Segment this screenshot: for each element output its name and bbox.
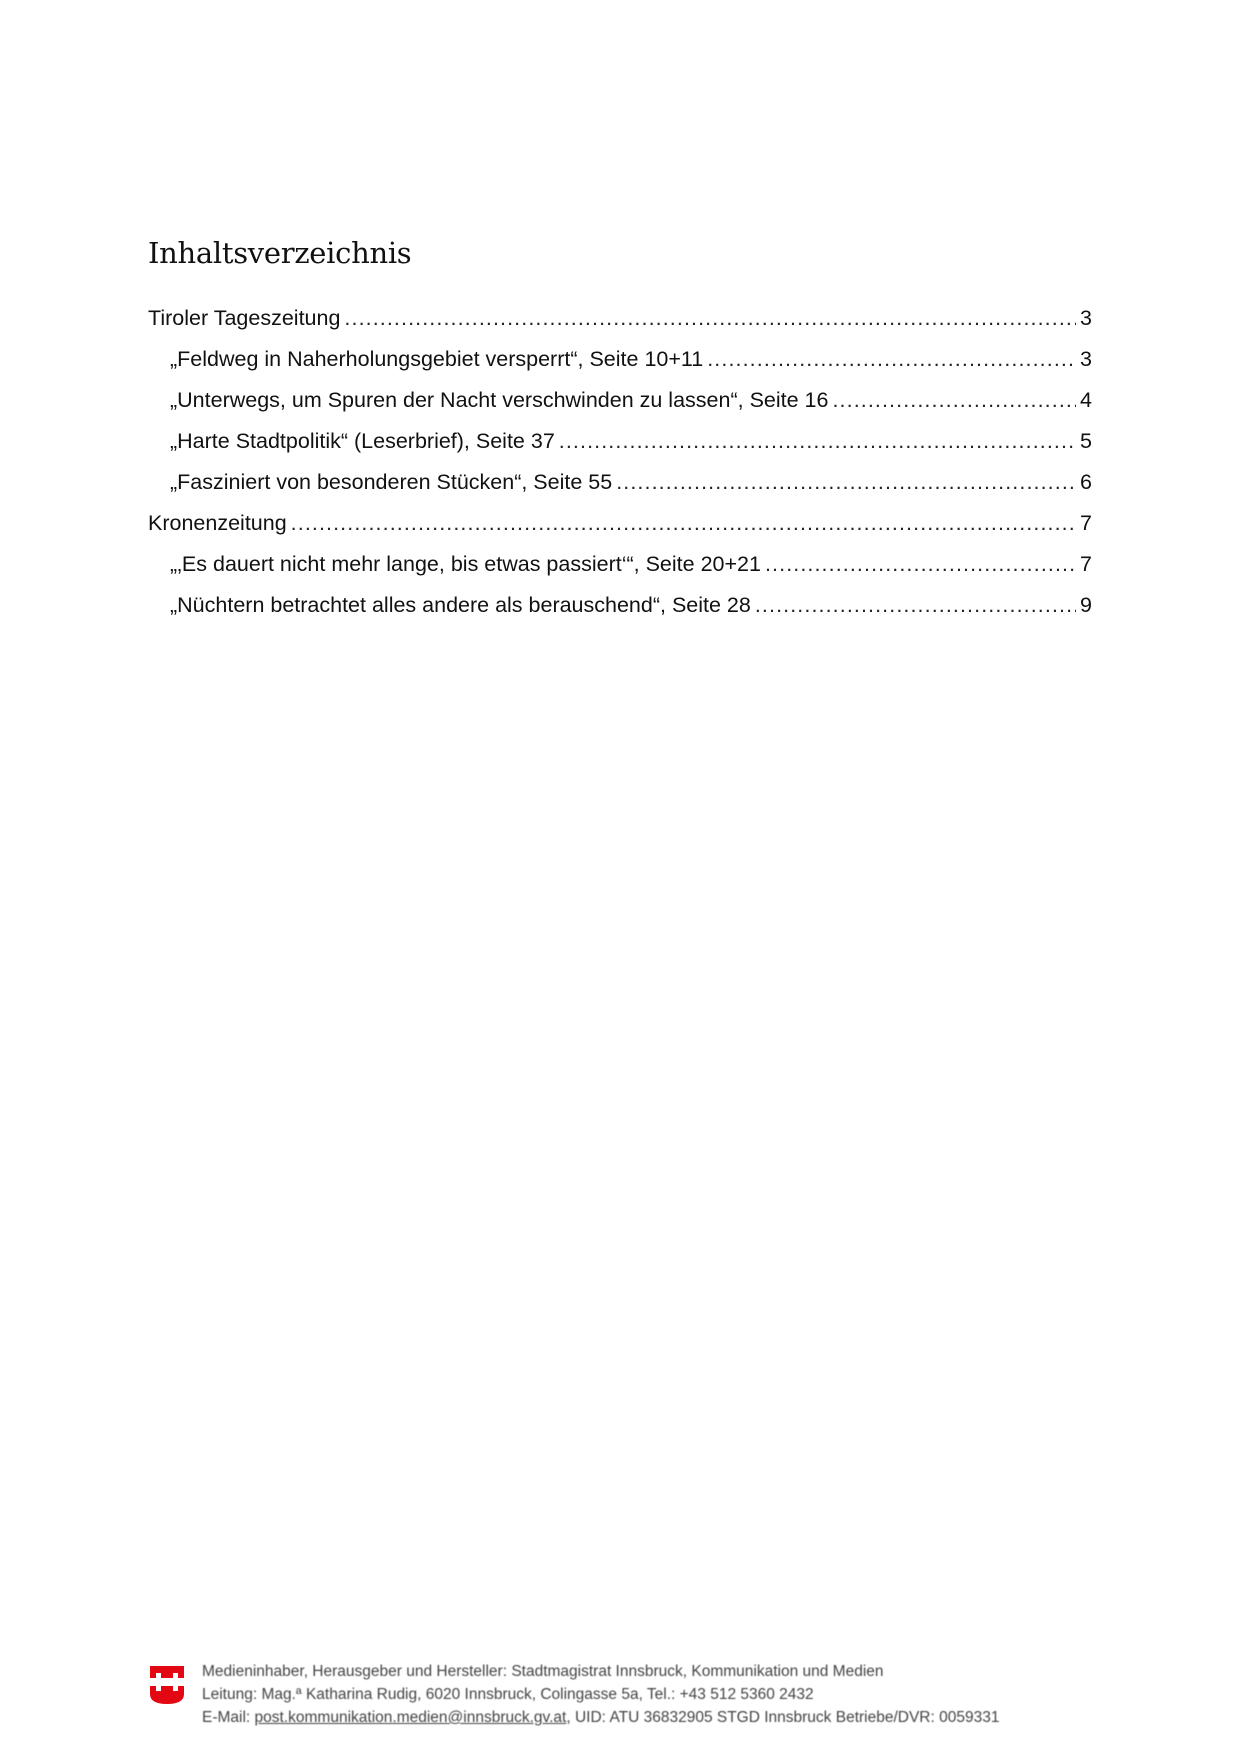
toc-article-entry[interactable]: „Fasziniert von besonderen Stücken“, Sei… (148, 470, 1092, 511)
toc-article-entry[interactable]: „Nüchtern betrachtet alles andere als be… (148, 593, 1092, 634)
dot-leader (344, 306, 1076, 331)
toc-section-entry[interactable]: Kronenzeitung7 (148, 511, 1092, 552)
toc-article-entry[interactable]: „‚Es dauert nicht mehr lange, bis etwas … (148, 552, 1092, 593)
toc-entry-page-number: 5 (1080, 429, 1092, 454)
dot-leader (559, 429, 1076, 454)
toc-entry-page-number: 9 (1080, 593, 1092, 618)
email-link[interactable]: post.kommunikation.medien@innsbruck.gv.a… (255, 1709, 567, 1726)
dot-leader (616, 470, 1076, 495)
toc-entry-title: Kronenzeitung (148, 511, 287, 536)
footer-line-management: Leitung: Mag.ª Katharina Rudig, 6020 Inn… (202, 1683, 999, 1706)
toc-entry-page-number: 7 (1080, 511, 1092, 536)
dot-leader (765, 552, 1076, 577)
uid-dvr-text: , UID: ATU 36832905 STGD Innsbruck Betri… (566, 1709, 999, 1726)
toc-article-entry[interactable]: „Unterwegs, um Spuren der Nacht verschwi… (148, 388, 1092, 429)
toc-article-entry[interactable]: „Feldweg in Naherholungsgebiet versperrt… (148, 347, 1092, 388)
toc-entry-page-number: 4 (1080, 388, 1092, 413)
dot-leader (755, 593, 1076, 618)
toc-article-entry[interactable]: „Harte Stadtpolitik“ (Leserbrief), Seite… (148, 429, 1092, 470)
innsbruck-logo-icon (150, 1664, 184, 1706)
toc-entry-page-number: 7 (1080, 552, 1092, 577)
footer: Medieninhaber, Herausgeber und Herstelle… (150, 1660, 999, 1729)
toc-section-entry[interactable]: Tiroler Tageszeitung3 (148, 306, 1092, 347)
table-of-contents: Tiroler Tageszeitung3„Feldweg in Naherho… (148, 306, 1092, 634)
toc-entry-page-number: 6 (1080, 470, 1092, 495)
dot-leader (832, 388, 1076, 413)
toc-entry-title: „Harte Stadtpolitik“ (Leserbrief), Seite… (170, 429, 555, 454)
toc-entry-title: „Nüchtern betrachtet alles andere als be… (170, 593, 751, 618)
dot-leader (291, 511, 1076, 536)
toc-entry-title: „Unterwegs, um Spuren der Nacht verschwi… (170, 388, 828, 413)
dot-leader (707, 347, 1076, 372)
email-label: E-Mail: (202, 1709, 255, 1726)
toc-entry-title: Tiroler Tageszeitung (148, 306, 340, 331)
footer-line-contact: E-Mail: post.kommunikation.medien@innsbr… (202, 1706, 999, 1729)
toc-entry-page-number: 3 (1080, 347, 1092, 372)
toc-entry-title: „‚Es dauert nicht mehr lange, bis etwas … (170, 552, 761, 577)
footer-line-publisher: Medieninhaber, Herausgeber und Herstelle… (202, 1660, 999, 1683)
toc-entry-title: „Feldweg in Naherholungsgebiet versperrt… (170, 347, 703, 372)
toc-entry-title: „Fasziniert von besonderen Stücken“, Sei… (170, 470, 612, 495)
toc-heading: Inhaltsverzeichnis (148, 236, 411, 270)
toc-entry-page-number: 3 (1080, 306, 1092, 331)
